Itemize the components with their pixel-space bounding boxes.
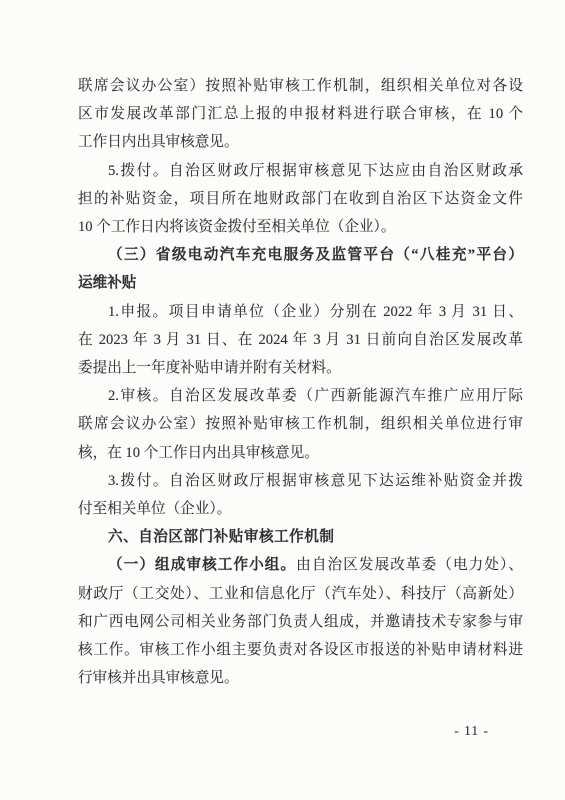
document-page: 联席会议办公室）按照补贴审核工作机制，组织相关单位对各设 区市发展改革部门汇总上…: [0, 0, 565, 800]
paragraph-line: 联席会议办公室）按照补贴审核工作机制，组织相关单位对各设: [78, 72, 523, 100]
paragraph-line: 付至相关单位（企业）。: [78, 495, 523, 523]
page-number: - 11 -: [454, 723, 489, 739]
clause-heading-lead: （一）组成审核工作小组。: [108, 557, 296, 573]
paragraph-line: 核工作。审核工作小组主要负责对各设区市报送的补贴申请材料进: [78, 636, 523, 664]
paragraph-line: 行审核并出具审核意见。: [78, 664, 523, 692]
paragraph-line: 区市发展改革部门汇总上报的申报材料进行联合审核，在 10 个: [78, 100, 523, 128]
section-heading-line: （三）省级电动汽车充电服务及监管平台（“八桂充”平台）: [78, 241, 523, 269]
paragraph-line: 在 2023 年 3 月 31 日、在 2024 年 3 月 31 日前向自治区…: [78, 326, 523, 354]
paragraph-line: 2.审核。自治区发展改革委（广西新能源汽车推广应用厅际: [78, 382, 523, 410]
paragraph-line: 5.拨付。自治区财政厅根据审核意见下达应由自治区财政承: [78, 157, 523, 185]
chapter-heading-line: 六、自治区部门补贴审核工作机制: [78, 523, 523, 551]
section-heading-line: 运维补贴: [78, 269, 523, 297]
paragraph-line: 3.拨付。自治区财政厅根据审核意见下达运维补贴资金并拨: [78, 467, 523, 495]
paragraph-line: 委提出上一年度补贴申请并附有关材料。: [78, 354, 523, 382]
paragraph-line: 1.申报。项目申请单位（企业）分别在 2022 年 3 月 31 日、: [78, 298, 523, 326]
paragraph-line: 联席会议办公室）按照补贴审核工作机制，组织相关单位进行审: [78, 410, 523, 438]
paragraph-line: 工作日内出具审核意见。: [78, 128, 523, 156]
paragraph-line: 10 个工作日内将该资金拨付至相关单位（企业）。: [78, 213, 523, 241]
clause-body-text: 由自治区发展改革委（电力处）、: [296, 557, 523, 573]
paragraph-line: 和广西电网公司相关业务部门负责人组成，并邀请技术专家参与审: [78, 608, 523, 636]
paragraph-line: 担的补贴资金，项目所在地财政部门在收到自治区下达资金文件: [78, 185, 523, 213]
paragraph-line: 核，在 10 个工作日内出具审核意见。: [78, 439, 523, 467]
paragraph-line: （一）组成审核工作小组。由自治区发展改革委（电力处）、: [78, 551, 523, 579]
paragraph-line: 财政厅（工交处）、工业和信息化厅（汽车处）、科技厅（高新处）: [78, 580, 523, 608]
document-text-block: 联席会议办公室）按照补贴审核工作机制，组织相关单位对各设 区市发展改革部门汇总上…: [78, 72, 523, 692]
